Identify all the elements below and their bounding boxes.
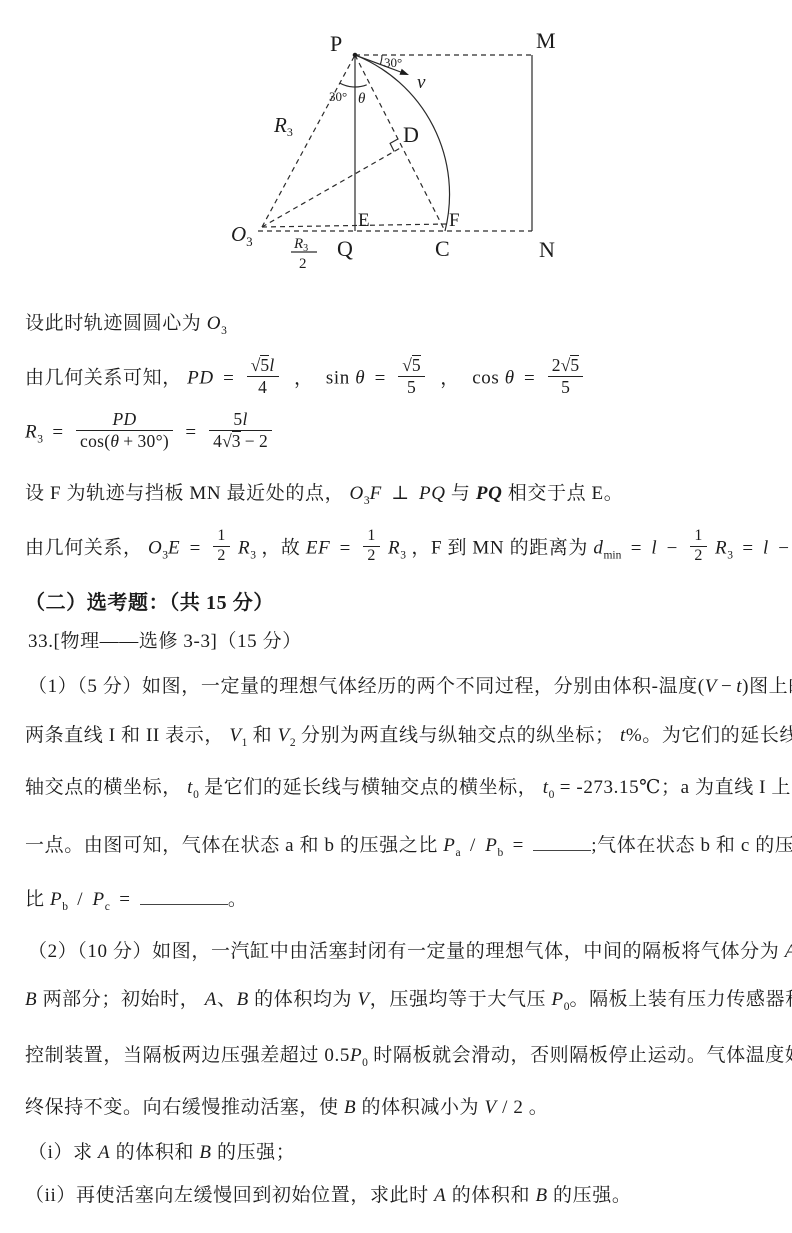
cn-text: 终保持不变。向右缓慢推动活塞，使 xyxy=(25,1097,339,1118)
math-var: R xyxy=(715,538,727,559)
cn-text: 轴交点的横坐标， xyxy=(25,777,182,798)
math-num: 2 xyxy=(259,431,268,451)
math-var: P xyxy=(552,989,564,1010)
math-op: = xyxy=(190,538,201,559)
math-var: E xyxy=(168,538,180,559)
cn-text: 是它们的延长线与横轴交点的横坐标， xyxy=(204,777,537,798)
radicand: 5 xyxy=(260,355,269,374)
subscript: 3 xyxy=(221,325,227,337)
subscript: min xyxy=(603,549,621,561)
frac-num: 1 xyxy=(213,527,229,546)
cn-text: 和 xyxy=(253,725,273,746)
subscript: 3 xyxy=(250,549,256,561)
cn-text: ，故 xyxy=(261,538,300,559)
label-angle-30-left: 30° xyxy=(329,89,347,104)
radical: √ xyxy=(402,355,412,375)
math-var: O xyxy=(148,538,162,559)
chord-PC xyxy=(355,55,445,231)
math-var: l xyxy=(651,538,657,559)
math-op: / xyxy=(470,835,476,856)
subscript: 1 xyxy=(242,737,248,749)
label-v: v xyxy=(417,72,426,93)
math-op: = xyxy=(524,368,535,389)
math-var: O xyxy=(350,483,364,504)
cn-text: 两条直线 I 和 II 表示， xyxy=(25,725,224,746)
label-R3: R3 xyxy=(273,113,293,139)
math-var: B xyxy=(344,1097,356,1118)
q33-part1-line1: （1）（5 分）如图，一定量的理想气体经历的两个不同过程，分别由体积-温度(V−… xyxy=(28,671,792,698)
math-var: V xyxy=(229,725,241,746)
perp-symbol: ⊥ xyxy=(391,483,409,504)
math-var: θ xyxy=(505,368,515,389)
point-P-dot xyxy=(353,53,358,58)
cn-text: 两部分；初始时， xyxy=(43,989,200,1010)
cn-text: / 2 。 xyxy=(502,1097,548,1118)
q33-part2-line2: B 两部分；初始时， A、B 的体积均为 V，压强均等于大气压 P0。隔板上装有… xyxy=(25,984,792,1013)
radical: √ xyxy=(251,355,261,375)
q33-part1-line3: 轴交点的横坐标， t0 是它们的延长线与横轴交点的横坐标， t0 = -273.… xyxy=(25,772,792,801)
frac-den: 2 xyxy=(363,546,379,566)
math-frac: 2√55 xyxy=(548,355,584,397)
radicand: 5 xyxy=(412,355,421,374)
math-var: B xyxy=(535,1185,547,1206)
math-var: PD xyxy=(113,409,137,429)
frac-den: 5 xyxy=(398,376,425,398)
answer-blank-pa-pb xyxy=(533,831,591,851)
subscript: 0 xyxy=(362,1057,368,1069)
cn-text: 控制装置，当隔板两边压强差超过 xyxy=(25,1045,319,1066)
cn-text: )图上的 xyxy=(742,676,792,697)
math-var: A xyxy=(98,1142,110,1163)
math-frac: √55 xyxy=(398,355,425,397)
math-var: B xyxy=(25,989,37,1010)
cn-text: %。为它们的延长线与横 xyxy=(626,725,792,746)
math-var: P xyxy=(443,835,455,856)
radical: √ xyxy=(561,355,571,375)
label-angle-30-top: 30° xyxy=(384,55,402,70)
radical: √ xyxy=(222,431,232,451)
math-var: P xyxy=(485,835,497,856)
math-var: P xyxy=(50,889,62,910)
math-func: sin xyxy=(326,368,350,389)
math-var: l xyxy=(242,409,247,429)
math-num: 2 xyxy=(552,355,561,375)
subscript: a xyxy=(456,847,461,859)
math-var: B xyxy=(237,989,249,1010)
question-title-text: 33.[物理——选修 3-3]（15 分） xyxy=(28,631,302,652)
math-func: cos xyxy=(80,431,104,451)
math-var: F xyxy=(370,483,382,504)
math-op: = xyxy=(742,538,753,559)
cn-text: 。隔板上装有压力传感器和 xyxy=(569,989,792,1010)
question-33-title: 33.[物理——选修 3-3]（15 分） xyxy=(28,626,302,653)
subscript: 2 xyxy=(290,737,296,749)
cn-text: 由几何关系， xyxy=(25,538,143,559)
math-op: = xyxy=(185,422,196,443)
cn-text: 分别为两直线与纵轴交点的纵坐标； xyxy=(301,725,615,746)
label-F: F xyxy=(449,210,460,231)
exam-solution-page: P M N Q C D E F v 30° 30° θ R3 O3 R3 2 设… xyxy=(0,0,792,1233)
cn-text: ，F 到 MN 的距离为 xyxy=(411,538,588,559)
cn-text: = -273.15℃；a 为直线 I 上的 xyxy=(554,777,792,798)
math-op: = xyxy=(513,835,524,856)
math-frac: √5l4 xyxy=(247,355,279,397)
cn-text: 时隔板就会滑动，否则隔板停止运动。气体温度始 xyxy=(373,1045,792,1066)
cn-text: （ii）再使活塞向左缓慢回到初始位置，求此时 xyxy=(25,1185,429,1206)
cn-text: 相交于点 E。 xyxy=(508,483,624,504)
diagram-svg: P M N Q C D E F v 30° 30° θ R3 O3 R3 2 xyxy=(0,0,792,292)
math-var: R xyxy=(25,422,37,443)
math-var: θ xyxy=(110,431,119,451)
label-R3-half-num: R3 xyxy=(293,236,308,254)
math-frac: 5l4√3−2 xyxy=(209,409,272,451)
cn-text: 的压强。 xyxy=(553,1185,631,1206)
cn-text: 的体积减小为 xyxy=(362,1097,480,1118)
section-heading: （二）选考题：（共 15 分） xyxy=(25,586,274,615)
math-var: P xyxy=(93,889,105,910)
math-frac: 12 xyxy=(363,527,379,566)
math-var: P xyxy=(350,1045,362,1066)
math-num: 30° xyxy=(137,431,162,451)
q33-part1-line4: 一点。由图可知，气体在状态 a 和 b 的压强之比 Pa / Pb = ;气体在… xyxy=(25,830,792,859)
math-var: d xyxy=(593,538,603,559)
cn-text: 与 xyxy=(451,483,471,504)
math-frac: 12 xyxy=(690,527,706,566)
cn-text: 的压强； xyxy=(217,1142,295,1163)
math-var: V xyxy=(485,1097,497,1118)
label-P: P xyxy=(330,31,342,56)
answer-blank-pb-pc xyxy=(140,885,228,905)
math-var: O xyxy=(207,313,221,334)
label-D: D xyxy=(403,122,419,147)
cn-text: 、 xyxy=(217,989,237,1010)
math-op: / xyxy=(77,889,83,910)
cn-text: 的体积和 xyxy=(116,1142,194,1163)
radicand: 5 xyxy=(570,355,579,374)
subscript: c xyxy=(105,901,110,913)
math-var: θ xyxy=(355,368,365,389)
cn-comma: ， xyxy=(294,368,314,389)
cn-text: 一点。由图可知，气体在状态 a 和 b 的压强之比 xyxy=(25,835,438,856)
math-var: PD xyxy=(187,368,214,389)
label-R3-half-den: 2 xyxy=(299,256,307,272)
cn-text: 由几何关系可知， xyxy=(25,368,182,389)
frac-num: 1 xyxy=(690,527,706,546)
cn-text: （1）（5 分）如图，一定量的理想气体经历的两个不同过程，分别由体积-温度( xyxy=(28,676,705,697)
q33-part2-line1: （2）（10 分）如图，一汽缸中由活塞封闭有一定量的理想气体，中间的隔板将气体分… xyxy=(28,936,792,963)
subscript: 3 xyxy=(400,549,406,561)
cn-text: （2）（10 分）如图，一汽缸中由活塞封闭有一定量的理想气体，中间的隔板将气体分… xyxy=(28,941,779,962)
frac-den: 4 xyxy=(247,376,279,398)
math-op: = xyxy=(52,422,63,443)
subscript: 3 xyxy=(37,433,43,445)
cn-text: 设此时轨迹圆圆心为 xyxy=(25,313,201,334)
frac-den: 2 xyxy=(690,546,706,566)
math-var: B xyxy=(199,1142,211,1163)
solution-line-center: 设此时轨迹圆圆心为 O3 xyxy=(25,308,227,337)
label-N: N xyxy=(539,237,555,262)
label-O3: O3 xyxy=(231,222,253,249)
math-var: V xyxy=(705,676,717,697)
math-var: A xyxy=(434,1185,446,1206)
subscript: 3 xyxy=(727,549,733,561)
math-var: PQ xyxy=(419,483,446,504)
math-frac: PDcos(θ+30°) xyxy=(76,409,173,451)
math-op: = xyxy=(119,889,130,910)
math-var: A xyxy=(785,941,792,962)
solution-line-R3: R3 = PDcos(θ+30°) = 5l4√3−2 xyxy=(25,412,275,454)
label-theta: θ xyxy=(358,91,366,107)
math-op: − xyxy=(778,538,789,559)
math-var: A xyxy=(205,989,217,1010)
frac-den: 2 xyxy=(213,546,229,566)
label-E: E xyxy=(358,210,370,231)
solution-line-F-def: 设 F 为轨迹与挡板 MN 最近处的点， O3F ⊥ PQ 与 PQ 相交于点 … xyxy=(25,478,623,507)
math-var: l xyxy=(763,538,769,559)
cn-text: （i）求 xyxy=(28,1142,93,1163)
paren: ) xyxy=(163,431,169,451)
solution-line-dmin: 由几何关系， O3E = 12 R3 ，故 EF = 12 R3 ，F 到 MN… xyxy=(25,528,792,570)
cn-text: ;气体在状态 b 和 c 的压强之 xyxy=(591,835,792,856)
math-var: V xyxy=(358,989,370,1010)
q33-part1-line5: 比 Pb / Pc = 。 xyxy=(25,884,248,913)
math-op: = xyxy=(223,368,234,389)
math-num: 4 xyxy=(213,431,222,451)
q33-part2-line3: 控制装置，当隔板两边压强差超过 0.5P0 时隔板就会滑动，否则隔板停止运动。气… xyxy=(25,1040,792,1069)
math-op: = xyxy=(631,538,642,559)
math-op: + xyxy=(123,431,133,451)
label-M: M xyxy=(536,28,556,53)
math-op: − xyxy=(245,431,255,451)
heading-text: （二）选考题：（共 15 分） xyxy=(25,592,274,614)
math-op: = xyxy=(340,538,351,559)
math-var: R xyxy=(388,538,400,559)
radicand: 3 xyxy=(232,431,241,450)
math-op: − xyxy=(721,676,732,697)
subscript: b xyxy=(497,847,503,859)
cn-text: ，压强均等于大气压 xyxy=(370,989,546,1010)
physics-diagram: P M N Q C D E F v 30° 30° θ R3 O3 R3 2 xyxy=(0,0,792,297)
math-var: R xyxy=(238,538,250,559)
label-Q: Q xyxy=(337,236,353,261)
math-op: − xyxy=(667,538,678,559)
q33-part2-line4: 终保持不变。向右缓慢推动活塞，使 B 的体积减小为 V / 2 。 xyxy=(25,1092,548,1119)
math-frac: 12 xyxy=(213,527,229,566)
angle-arc-top xyxy=(380,55,382,65)
subscript: b xyxy=(62,901,68,913)
frac-den: 5 xyxy=(548,376,584,398)
cn-comma: ， xyxy=(440,368,460,389)
cn-text: 比 xyxy=(25,889,45,910)
math-var: V xyxy=(278,725,290,746)
math-var: EF xyxy=(306,538,330,559)
frac-num: 1 xyxy=(363,527,379,546)
solution-line-ratios: 由几何关系可知， PD = √5l4 ， sin θ = √55 ， cos θ… xyxy=(25,358,586,400)
q33-part2-subq-ii: （ii）再使活塞向左缓慢回到初始位置，求此时 A 的体积和 B 的压强。 xyxy=(25,1180,631,1207)
math-func: cos xyxy=(472,368,499,389)
cn-text: 。 xyxy=(228,889,248,910)
cn-text: 设 F 为轨迹与挡板 MN 最近处的点， xyxy=(25,483,344,504)
math-var: l xyxy=(269,355,274,375)
subscript: 0 xyxy=(193,789,199,801)
cn-text: 的体积均为 xyxy=(254,989,352,1010)
angle-arc-left xyxy=(340,83,367,87)
line-O3P xyxy=(262,55,355,227)
math-var: PQ xyxy=(476,483,503,504)
q33-part1-line2: 两条直线 I 和 II 表示， V1 和 V2 分别为两直线与纵轴交点的纵坐标；… xyxy=(25,720,792,749)
label-C: C xyxy=(435,236,450,261)
math-op: = xyxy=(375,368,386,389)
cn-text: 的体积和 xyxy=(452,1185,530,1206)
math-num: 0.5 xyxy=(324,1045,350,1066)
q33-part2-subq-i: （i）求 A 的体积和 B 的压强； xyxy=(28,1137,295,1164)
